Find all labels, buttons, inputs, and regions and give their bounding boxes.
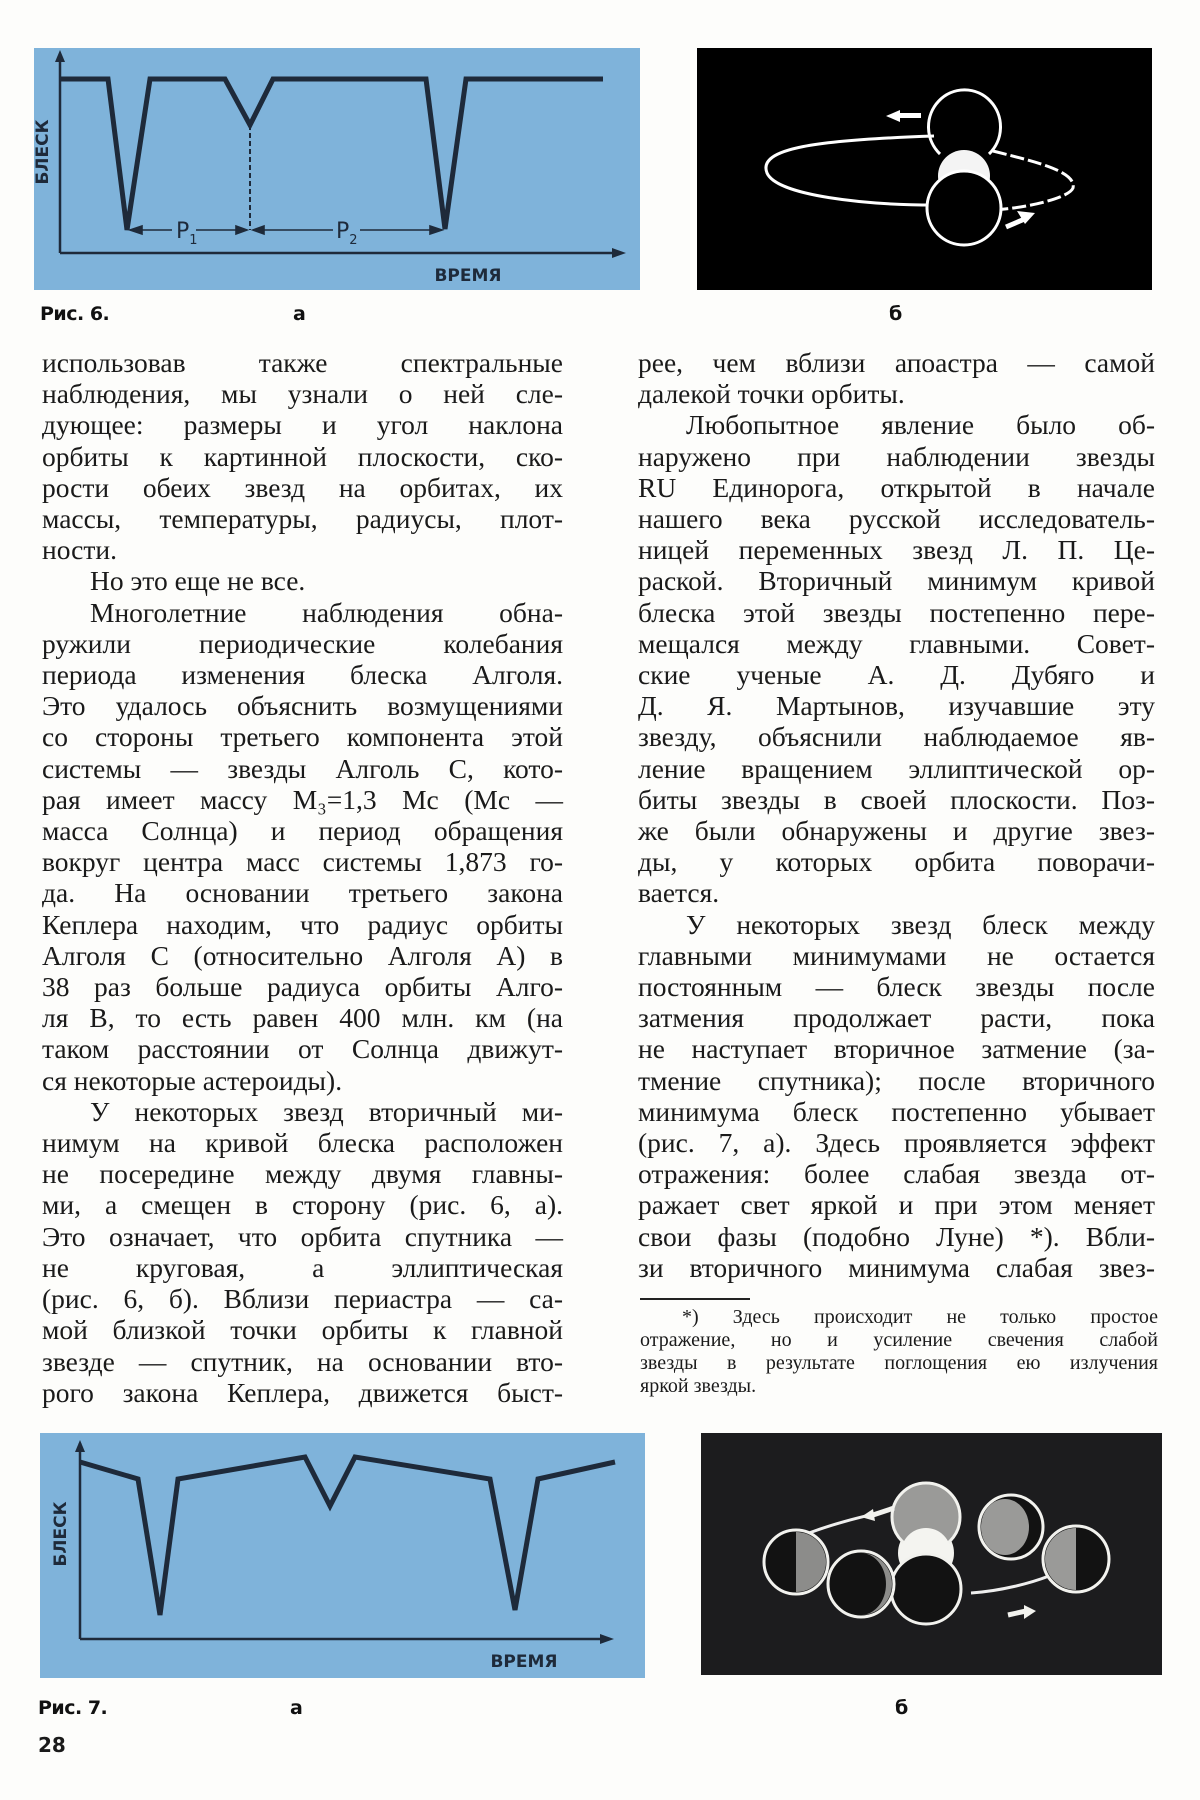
text-line: звезде — спутник, на основании вто-: [42, 1346, 563, 1377]
text-line: (рис. 7, а). Здесь проявляется эффект: [638, 1127, 1155, 1158]
text-line: мещался между главными. Совет-: [638, 628, 1155, 659]
text-line: ды, у которых орбита поворачи-: [638, 846, 1155, 877]
text-line: Это удалось объяснить возмущениями: [42, 690, 563, 721]
text-line: массы, температуры, радиусы, плот-: [42, 503, 563, 534]
text-line: нимум на кривой блеска расположен: [42, 1127, 563, 1158]
text-line: ские ученые А. Д. Дубяго и: [638, 659, 1155, 690]
text-line: орбиты к картинной плоскости, ско-: [42, 441, 563, 472]
companion-crescent: [828, 1551, 894, 1617]
text-line: периода изменения блеска Алголя.: [42, 659, 563, 690]
figure-6a-light-curve: P1 P2 ВРЕМЯ БЛЕСК: [34, 48, 640, 290]
text-line: наружено при наблюдении звезды: [638, 441, 1155, 472]
text-line: Д. Я. Мартынов, изучавшие эту: [638, 690, 1155, 721]
text-line: постоянным — блеск звезды после: [638, 971, 1155, 1002]
text-line: рая имеет массу M₃=1,3 Mc (Mc —: [42, 784, 563, 815]
text-line: затмения продолжает расти, пока: [638, 1002, 1155, 1033]
text-line: использовав также спектральные: [42, 347, 563, 378]
footnote-line: яркой звезды.: [640, 1375, 1158, 1398]
text-line: (рис. 6, б). Вблизи периастра — са-: [42, 1283, 563, 1314]
text-line: ся некоторые астероиды).: [42, 1065, 563, 1096]
text-line: ление вращением эллиптической ор-: [638, 753, 1155, 784]
y-axis-label: БЛЕСК: [34, 119, 53, 184]
footnote-line: отражение, но и усиление свечения слабой: [640, 1329, 1158, 1352]
text-line: ля В, то есть равен 400 млн. км (на: [42, 1002, 563, 1033]
text-line: вокруг центра масс системы 1,873 го-: [42, 846, 563, 877]
text-line: со стороны третьего компонента этой: [42, 721, 563, 752]
text-line: биты звезды в своей плоскости. Поз-: [638, 784, 1155, 815]
text-line: ружили периодические колебания: [42, 628, 563, 659]
text-line: дующее: размеры и угол наклона: [42, 409, 563, 440]
figure-7a-label: а: [290, 1697, 302, 1719]
text-line: раской. Вторичный минимум кривой: [638, 565, 1155, 596]
text-line: звезду, объяснили наблюдаемое яв-: [638, 721, 1155, 752]
footnote: *) Здесь происходит не только простое от…: [640, 1306, 1158, 1398]
text-line: не наступает вторичное затмение (за-: [638, 1033, 1155, 1064]
text-line: масса Солнца) и период обращения: [42, 815, 563, 846]
x-axis-label: ВРЕМЯ: [490, 1652, 557, 1672]
text-line: наблюдения, мы узнали о ней сле-: [42, 378, 563, 409]
text-line: Любопытное явление было об-: [638, 409, 1155, 440]
text-line: Это означает, что орбита спутника —: [42, 1221, 563, 1252]
text-line: рости обеих звезд на орбитах, их: [42, 472, 563, 503]
text-line: ми, а смещен в сторону (рис. 6, а).: [42, 1189, 563, 1220]
text-line: ности.: [42, 534, 563, 565]
text-line: блеска этой звезды постепенно пере-: [638, 597, 1155, 628]
figure-7b-phases-diagram: [701, 1433, 1162, 1675]
text-line: главными минимумами не остается: [638, 940, 1155, 971]
text-line: не круговая, а эллиптическая: [42, 1252, 563, 1283]
text-line: минимума блеск постепенно убывает: [638, 1096, 1155, 1127]
text-line: свои фазы (подобно Луне) *). Вбли-: [638, 1221, 1155, 1252]
text-line: мой близкой точки орбиты к главной: [42, 1314, 563, 1345]
text-line: У некоторых звезд вторичный ми-: [42, 1096, 563, 1127]
figure-7b-label: б: [895, 1697, 908, 1719]
text-line: таком расстоянии от Солнца движут-: [42, 1033, 563, 1064]
text-line: Алголя С (относительно Алголя А) в: [42, 940, 563, 971]
text-line: ницей переменных звезд Л. П. Це-: [638, 534, 1155, 565]
text-line: Многолетние наблюдения обна-: [42, 597, 563, 628]
text-line: У некоторых звезд блеск между: [638, 909, 1155, 940]
text-line: отражения: более слабая звезда от-: [638, 1158, 1155, 1189]
text-line: да. На основании третьего закона: [42, 877, 563, 908]
y-axis-label: БЛЕСК: [51, 1501, 71, 1566]
text-line: Кеплера находим, что радиус орбиты: [42, 909, 563, 940]
x-axis-label: ВРЕМЯ: [434, 266, 501, 286]
figure-6b-label: б: [889, 303, 902, 325]
footnote-line: звезды в результате поглощения ею излуче…: [640, 1352, 1158, 1375]
text-line: RU Единорога, открытой в начале: [638, 472, 1155, 503]
companion-new-phase: [891, 1554, 961, 1624]
text-line: зи вторичного минимума слабая звез-: [638, 1252, 1155, 1283]
text-line: 38 раз больше радиуса орбиты Алго-: [42, 971, 563, 1002]
figure-7a-light-curve: ВРЕМЯ БЛЕСК: [40, 1433, 645, 1678]
text-line: вается.: [638, 877, 1155, 908]
page-number: 28: [38, 1733, 66, 1757]
text-line: далекой точки орбиты.: [638, 378, 1155, 409]
companion-lower: [927, 171, 1001, 245]
text-line: ражает свет яркой и при этом меняет: [638, 1189, 1155, 1220]
right-text-column: рее, чем вблизи апоастра — самой далекой…: [638, 347, 1155, 1283]
text-line: же были обнаружены и другие звез-: [638, 815, 1155, 846]
text-line: рее, чем вблизи апоастра — самой: [638, 347, 1155, 378]
text-line: рого закона Кеплера, движется быст-: [42, 1377, 563, 1408]
text-line: системы — звезды Алголь С, кото-: [42, 753, 563, 784]
left-text-column: использовав также спектральные наблюдени…: [42, 347, 563, 1408]
text-line: тмение спутника); после вторичного: [638, 1065, 1155, 1096]
text-line: Но это еще не все.: [42, 565, 563, 596]
figure-6-caption: Рис. 6.: [40, 303, 109, 325]
footnote-divider: [640, 1298, 750, 1300]
text-line: нашего века русской исследователь-: [638, 503, 1155, 534]
text-line: не посередине между двумя главны-: [42, 1158, 563, 1189]
footnote-line: *) Здесь происходит не только простое: [640, 1306, 1158, 1329]
figure-6a-label: а: [293, 303, 305, 325]
figure-6b-orbit-diagram: [697, 48, 1152, 290]
figure-7-caption: Рис. 7.: [38, 1697, 107, 1719]
